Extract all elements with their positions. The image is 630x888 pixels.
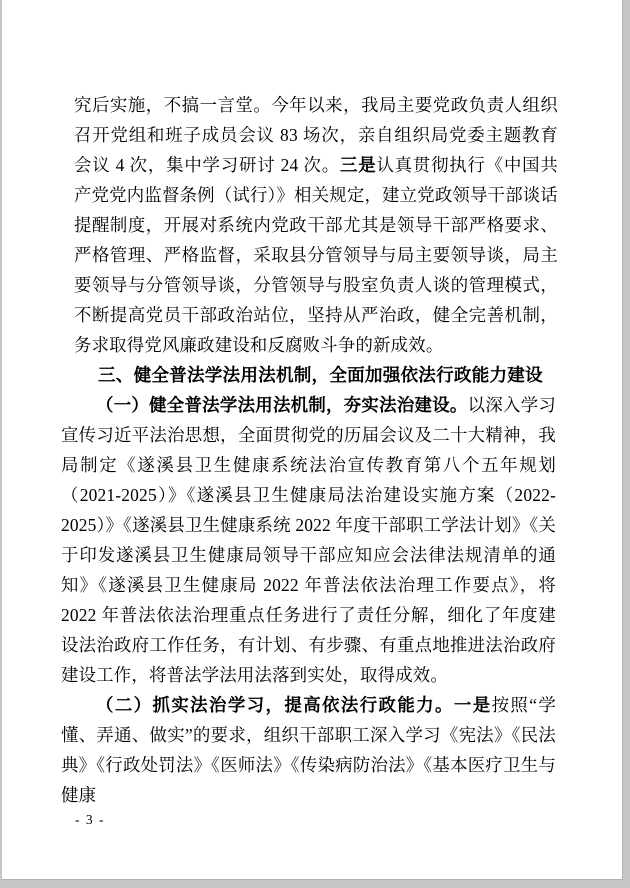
text-run: 认真贯彻执行《中国共产党党内监督条例（试行）》相关规定，建立党政领导干部谈话提醒… — [74, 155, 558, 355]
text-run: （二）抓实法治学习，提高依法行政能力。一是 — [96, 695, 492, 715]
page-number: - 3 - — [75, 812, 105, 828]
text-run: （一）健全普法学法用法机制，夯实法治建设。 — [96, 395, 468, 415]
text-run: 三、健全普法学法用法机制，全面加强依法行政能力建设 — [98, 365, 543, 385]
text-run: 三是 — [340, 155, 376, 175]
text-run: 以深入学习宣传习近平法治思想，全面贯彻党的历届会议及二十大精神，我局制定《遂溪县… — [61, 395, 556, 685]
section-heading: 三、健全普法学法用法机制，全面加强依法行政能力建设 — [98, 360, 592, 390]
paragraph: （一）健全普法学法用法机制，夯实法治建设。以深入学习宣传习近平法治思想，全面贯彻… — [61, 390, 556, 690]
paragraph: 究后实施，不搞一言堂。今年以来，我局主要党政负责人组织召开党组和班子成员会议 8… — [74, 90, 558, 360]
document-body: 究后实施，不搞一言堂。今年以来，我局主要党政负责人组织召开党组和班子成员会议 8… — [2, 90, 622, 810]
paragraph: （二）抓实法治学习，提高依法行政能力。一是按照“学懂、弄通、做实”的要求，组织干… — [61, 690, 556, 810]
document-viewer: 究后实施，不搞一言堂。今年以来，我局主要党政负责人组织召开党组和班子成员会议 8… — [0, 0, 630, 888]
document-page: 究后实施，不搞一言堂。今年以来，我局主要党政负责人组织召开党组和班子成员会议 8… — [2, 0, 623, 880]
